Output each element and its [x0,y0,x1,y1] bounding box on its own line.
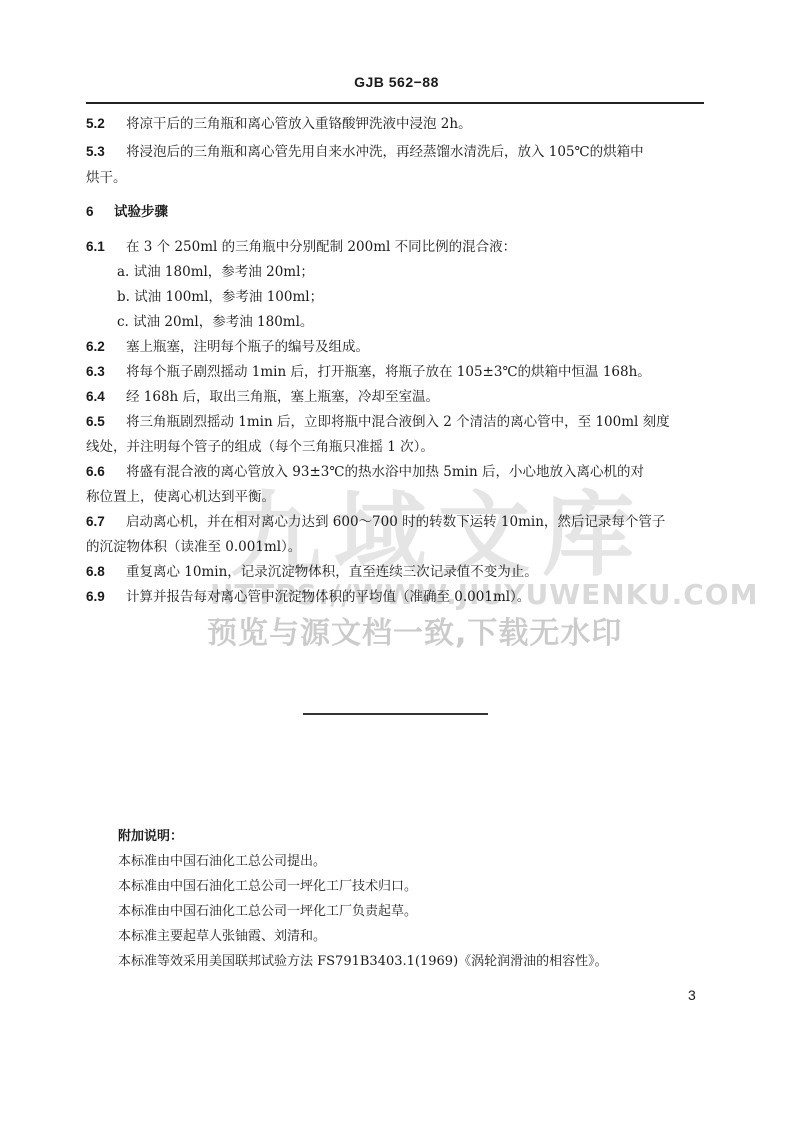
section-number: 6 [86,202,114,222]
clause-6-5: 6.5将三角瓶剧烈摇动 1min 后，立即将瓶中混合液倒入 2 个清洁的离心管中… [86,412,670,432]
header-divider [86,102,704,104]
mixture-c: c. 试油 20ml，参考油 180ml。 [117,312,313,332]
clause-text: 计算并报告每对离心管中沉淀物体积的平均值（准确至 0.001ml）。 [126,589,530,605]
watermark-notice: 预览与源文档一致,下载无水印 [207,608,622,652]
clause-6-8: 6.8重复离心 10min，记录沉淀物体积，直至连续三次记录值不变为止。 [86,562,538,582]
clause-number: 6.2 [86,337,126,357]
additional-note-item: 本标准由中国石油化工总公司提出。 [118,852,326,872]
clause-6-7-cont: 的沉淀物体积（读准至 0.001ml）。 [86,537,301,557]
clause-6-4: 6.4经 168h 后，取出三角瓶，塞上瓶塞，冷却至室温。 [86,387,439,407]
clause-6-5-cont: 线处，并注明每个管子的组成（每个三角瓶只准摇 1 次）。 [86,437,434,457]
clause-number: 6.7 [86,512,126,532]
clause-number: 6.3 [86,362,126,382]
clause-number: 5.3 [86,142,126,162]
end-of-standard-divider [303,713,488,715]
clause-number: 6.8 [86,562,126,582]
clause-text: 的沉淀物体积（读准至 0.001ml）。 [86,539,301,555]
section-title: 试验步骤 [114,204,168,220]
standard-code-header: GJB 562−88 [0,74,793,90]
clause-text: 将每个瓶子剧烈摇动 1min 后，打开瓶塞，将瓶子放在 105±3℃的烘箱中恒温… [126,364,651,380]
section-6-heading: 6试验步骤 [86,202,168,222]
clause-text: 塞上瓶塞，注明每个瓶子的编号及组成。 [126,339,369,355]
clause-text: 将三角瓶剧烈摇动 1min 后，立即将瓶中混合液倒入 2 个清洁的离心管中，至 … [126,414,670,430]
clause-text: 启动离心机，并在相对离心力达到 600～700 时的转数下运转 10min，然后… [126,514,665,530]
clause-6-6-cont: 称位置上，使离心机达到平衡。 [86,487,275,507]
mixture-b: b. 试油 100ml，参考油 100ml； [117,287,323,307]
clause-number: 6.4 [86,387,126,407]
clause-number: 5.2 [86,114,126,134]
clause-6-3: 6.3将每个瓶子剧烈摇动 1min 后，打开瓶塞，将瓶子放在 105±3℃的烘箱… [86,362,651,382]
clause-6-2: 6.2塞上瓶塞，注明每个瓶子的编号及组成。 [86,337,369,357]
clause-number: 6.5 [86,412,126,432]
clause-text: 将凉干后的三角瓶和离心管放入重铬酸钾洗液中浸泡 2h。 [126,116,472,132]
clause-6-6: 6.6将盛有混合液的离心管放入 93±3℃的热水浴中加热 5min 后，小心地放… [86,462,644,482]
additional-notes-title: 附加说明： [118,827,183,847]
clause-6-9: 6.9计算并报告每对离心管中沉淀物体积的平均值（准确至 0.001ml）。 [86,587,530,607]
additional-note-item: 本标准由中国石油化工总公司一坪化工厂负责起草。 [118,902,417,922]
clause-text: 将浸泡后的三角瓶和离心管先用自来水冲洗，再经蒸馏水清洗后，放入 105℃的烘箱中 [126,144,644,160]
mixture-a: a. 试油 180ml，参考油 20ml； [117,262,314,282]
clause-5-2: 5.2将凉干后的三角瓶和离心管放入重铬酸钾洗液中浸泡 2h。 [86,114,472,134]
clause-text: 重复离心 10min，记录沉淀物体积，直至连续三次记录值不变为止。 [126,564,538,580]
clause-number: 6.6 [86,462,126,482]
additional-note-item: 本标准由中国石油化工总公司一坪化工厂技术归口。 [118,877,417,897]
clause-5-3: 5.3将浸泡后的三角瓶和离心管先用自来水冲洗，再经蒸馏水清洗后，放入 105℃的… [86,142,644,162]
clause-6-7: 6.7启动离心机，并在相对离心力达到 600～700 时的转数下运转 10min… [86,512,665,532]
clause-6-1: 6.1在 3 个 250ml 的三角瓶中分别配制 200ml 不同比例的混合液： [86,237,516,257]
page-number: 3 [688,987,696,1003]
clause-number: 6.9 [86,587,126,607]
clause-text: 将盛有混合液的离心管放入 93±3℃的热水浴中加热 5min 后，小心地放入离心… [126,464,644,480]
additional-note-item: 本标准主要起草人张铀霞、刘清和。 [118,927,326,947]
clause-text: 在 3 个 250ml 的三角瓶中分别配制 200ml 不同比例的混合液： [126,239,516,255]
clause-5-3-cont: 烘干。 [86,168,127,188]
clause-text: 线处，并注明每个管子的组成（每个三角瓶只准摇 1 次）。 [86,439,434,455]
clause-text: 经 168h 后，取出三角瓶，塞上瓶塞，冷却至室温。 [126,389,439,405]
clause-text: 称位置上，使离心机达到平衡。 [86,489,275,505]
additional-note-item: 本标准等效采用美国联邦试验方法 FS791B3403.1(1969)《涡轮润滑油… [118,952,608,972]
clause-number: 6.1 [86,237,126,257]
clause-text: 烘干。 [86,170,127,186]
